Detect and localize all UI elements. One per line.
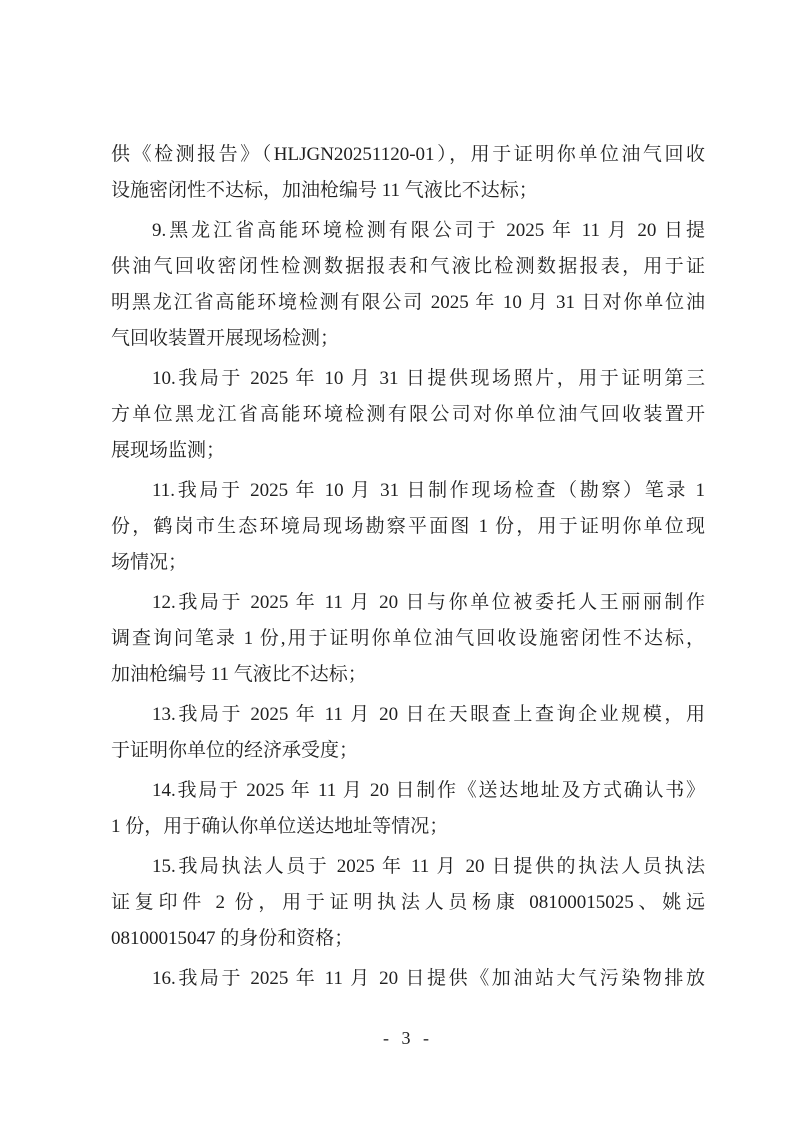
paragraph: 12.我局于 2025 年 11 月 20 日与你单位被委托人王丽丽制作调查询问…	[111, 585, 705, 693]
paragraph: 14.我局于 2025 年 11 月 20 日制作《送达地址及方式确认书》1 份…	[111, 773, 705, 845]
text-line: 9.黑龙江省高能环境检测有限公司于 2025 年 11 月 20 日提	[111, 213, 705, 249]
text-line: 份，鹤岗市生态环境局现场勘察平面图 1 份，用于证明你单位现	[111, 509, 705, 545]
text-line: 13.我局于 2025 年 11 月 20 日在天眼查上查询企业规模，用	[111, 697, 705, 733]
text-line: 加油枪编号 11 气液比不达标；	[111, 657, 705, 693]
text-line: 证复印件 2 份，用于证明执法人员杨康 08100015025、姚远	[111, 885, 705, 921]
paragraph: 11.我局于 2025 年 10 月 31 日制作现场检查（勘察）笔录 1份，鹤…	[111, 473, 705, 581]
text-line: 气回收装置开展现场检测；	[111, 321, 705, 357]
paragraph: 供《检测报告》（HLJGN20251120-01），用于证明你单位油气回收设施密…	[111, 137, 705, 209]
page-number: - 3 -	[383, 1028, 433, 1048]
text-line: 于证明你单位的经济承受度；	[111, 733, 705, 769]
text-line: 调查询问笔录 1 份,用于证明你单位油气回收设施密闭性不达标，	[111, 621, 705, 657]
text-line: 设施密闭性不达标，加油枪编号 11 气液比不达标；	[111, 173, 705, 209]
document-page: 供《检测报告》（HLJGN20251120-01），用于证明你单位油气回收设施密…	[0, 0, 793, 1121]
paragraph: 16.我局于 2025 年 11 月 20 日提供《加油站大气污染物排放	[111, 961, 705, 997]
text-line: 14.我局于 2025 年 11 月 20 日制作《送达地址及方式确认书》	[111, 773, 705, 809]
text-line: 场情况；	[111, 545, 705, 581]
text-line: 1 份，用于确认你单位送达地址等情况；	[111, 809, 705, 845]
text-line: 08100015047 的身份和资格；	[111, 921, 705, 957]
text-line: 供《检测报告》（HLJGN20251120-01），用于证明你单位油气回收	[111, 137, 705, 173]
text-line: 供油气回收密闭性检测数据报表和气液比检测数据报表，用于证	[111, 249, 705, 285]
text-line: 12.我局于 2025 年 11 月 20 日与你单位被委托人王丽丽制作	[111, 585, 705, 621]
page-footer: - 3 -	[111, 1025, 705, 1051]
document-body: 供《检测报告》（HLJGN20251120-01），用于证明你单位油气回收设施密…	[111, 137, 705, 1001]
paragraph: 13.我局于 2025 年 11 月 20 日在天眼查上查询企业规模，用于证明你…	[111, 697, 705, 769]
paragraph: 15.我局执法人员于 2025 年 11 月 20 日提供的执法人员执法证复印件…	[111, 849, 705, 957]
paragraph: 9.黑龙江省高能环境检测有限公司于 2025 年 11 月 20 日提供油气回收…	[111, 213, 705, 357]
text-line: 方单位黑龙江省高能环境检测有限公司对你单位油气回收装置开	[111, 397, 705, 433]
text-line: 16.我局于 2025 年 11 月 20 日提供《加油站大气污染物排放	[111, 961, 705, 997]
text-line: 展现场监测；	[111, 433, 705, 469]
text-line: 11.我局于 2025 年 10 月 31 日制作现场检查（勘察）笔录 1	[111, 473, 705, 509]
text-line: 15.我局执法人员于 2025 年 11 月 20 日提供的执法人员执法	[111, 849, 705, 885]
paragraph: 10.我局于 2025 年 10 月 31 日提供现场照片，用于证明第三方单位黑…	[111, 361, 705, 469]
text-line: 明黑龙江省高能环境检测有限公司 2025 年 10 月 31 日对你单位油	[111, 285, 705, 321]
text-line: 10.我局于 2025 年 10 月 31 日提供现场照片，用于证明第三	[111, 361, 705, 397]
